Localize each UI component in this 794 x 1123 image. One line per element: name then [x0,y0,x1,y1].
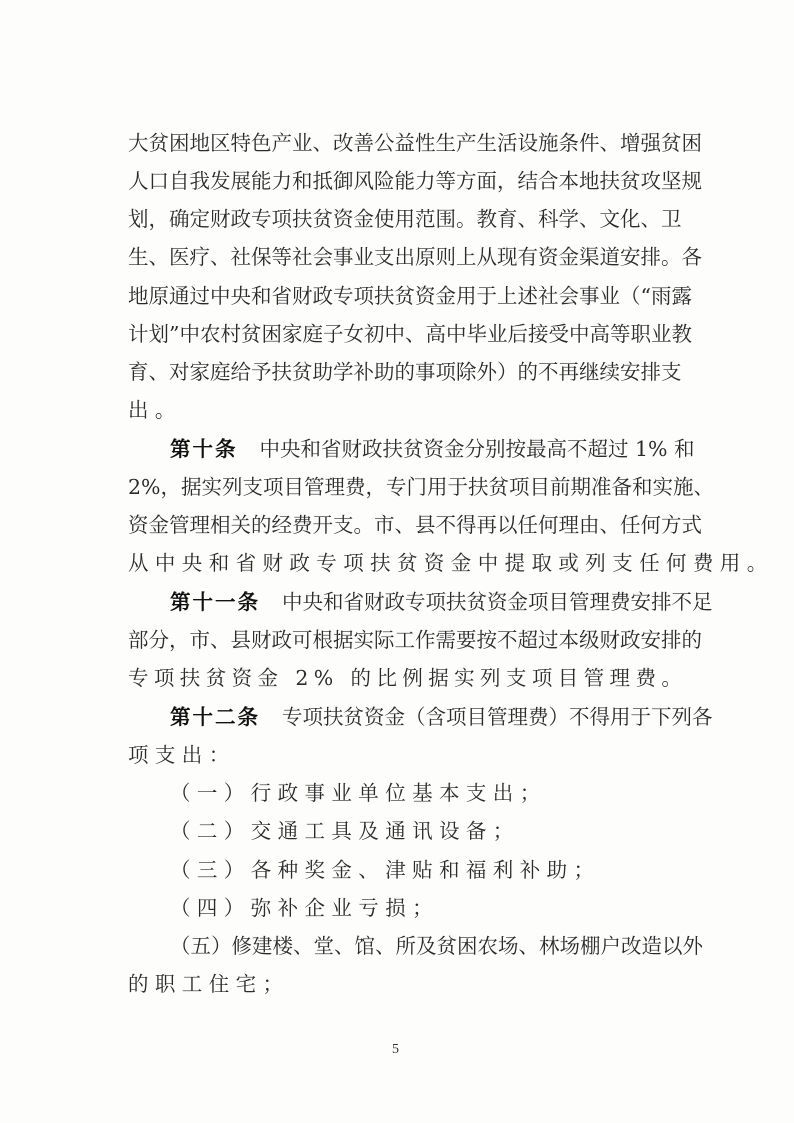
paragraph-line: 划，确定财政专项扶贫资金使用范围。教育、科学、文化、卫 [128,206,668,232]
list-item: （二）交通工具及通讯设备； [170,818,668,844]
paragraph-line: 生、医疗、社保等社会事业支出原则上从现有资金渠道安排。各 [128,244,668,270]
paragraph-line: 的职工住宅； [128,971,668,997]
article-heading: 第十二条 [170,705,260,729]
article-11-first-line: 第十一条中央和省财政专项扶贫资金项目管理费安排不足 [170,589,668,615]
list-item: （三）各种奖金、津贴和福利补助； [170,857,668,883]
article-text: 中央和省财政扶贫资金分别按最高不超过 1% 和 [260,437,695,461]
article-10-first-line: 第十条中央和省财政扶贫资金分别按最高不超过 1% 和 [170,436,668,462]
paragraph-line: 出。 [128,397,668,423]
paragraph-line: 部分，市、县财政可根据实际工作需要按不超过本级财政安排的 [128,627,668,653]
paragraph-line: 资金管理相关的经费开支。市、县不得再以任何理由、任何方式 [128,512,668,538]
document-page: 大贫困地区特色产业、改善公益性生产生活设施条件、增强贫困 人口自我发展能力和抵御… [0,0,794,1123]
paragraph-line: 人口自我发展能力和抵御风险能力等方面，结合本地扶贫攻坚规 [128,168,668,194]
article-heading: 第十一条 [170,590,260,614]
paragraph-line: 大贫困地区特色产业、改善公益性生产生活设施条件、增强贫困 [128,130,668,156]
list-item: （五）修建楼、堂、馆、所及贫困农场、林场棚户改造以外 [170,933,668,959]
article-text: 中央和省财政专项扶贫资金项目管理费安排不足 [282,590,713,614]
paragraph-line: 育、对家庭给予扶贫助学补助的事项除外）的不再继续安排支 [128,359,668,385]
paragraph-line: 项支出： [128,742,668,768]
paragraph-line: 从中央和省财政专项扶贫资金中提取或列支任何费用。 [128,550,668,576]
paragraph-line: 地原通过中央和省财政专项扶贫资金用于上述社会事业（“雨露 [128,283,668,309]
article-12-first-line: 第十二条专项扶贫资金（含项目管理费）不得用于下列各 [170,704,668,730]
paragraph-line: 专项扶贫资金 2% 的比例据实列支项目管理费。 [128,665,668,691]
page-number: 5 [392,1042,399,1058]
paragraph-line: 2%，据实列支项目管理费，专门用于扶贫项目前期准备和实施、 [128,474,668,500]
list-item: （一）行政事业单位基本支出； [170,780,668,806]
list-item: （四）弥补企业亏损； [170,895,668,921]
article-text: 专项扶贫资金（含项目管理费）不得用于下列各 [282,705,713,729]
article-heading: 第十条 [170,437,238,461]
paragraph-line: 计划”中农村贫困家庭子女初中、高中毕业后接受中高等职业教 [128,321,668,347]
